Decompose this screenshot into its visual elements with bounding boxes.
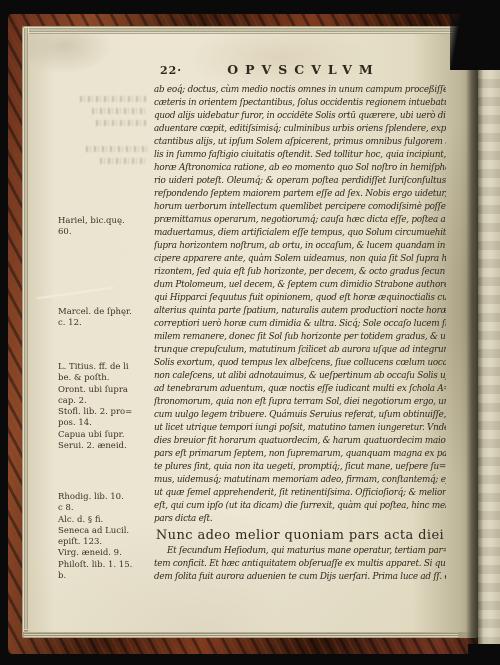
main-paragraph: ab eoq́; doctus, cùm medio noctis omnes … (154, 84, 446, 513)
text-line: maduertamus, diem artificialem eſſe temp… (154, 227, 446, 240)
closing-paragraph: Et ſecundum Heſiodum, qui maturius mane … (154, 545, 446, 584)
margin-note-line: Stofl. lib. 2. pro= (58, 407, 156, 418)
margin-note-line: cap. 2. (58, 396, 156, 407)
text-line: reſpondendo ſeptem maiorem partem eſſe a… (154, 188, 446, 201)
text-line: Solis exortum, quod tempus lex albeſcens… (154, 357, 446, 370)
margin-note-line: L. Titius. ff. de li (58, 362, 156, 373)
bleed-through-text (100, 158, 146, 164)
margin-note-line: Philoſt. lib. 1. 15. (58, 560, 156, 571)
margin-note-line: Rhodig. lib. 10. (58, 492, 156, 503)
text-line: pars eſt primarum ſeptem, non ſupremarum… (154, 448, 446, 461)
text-line: correptiori uerò horæ cum dimidia & ultr… (154, 318, 446, 331)
margin-note-line: Capua ubi ſupr. (58, 430, 156, 441)
margin-note-1: Hariel, bic.quę.60. (58, 216, 156, 239)
text-line: alterius quinta parte ſpatium, naturalis… (154, 305, 446, 318)
text-line: quod alijs uidebatur furor, in occidēte … (154, 110, 446, 123)
margin-note-line: c 8. (58, 503, 156, 514)
text-line: ut quæ ſemel apprehenderit, ſit retinent… (154, 487, 446, 500)
text-line: lis in ſummo faſtigio ciuitatis oſtendit… (154, 149, 446, 162)
text-line: dum Ptolomeum, uel decem, & ſeptem cum d… (154, 279, 446, 292)
margin-note-2: Marcel. de ſphęr.c. 12. (58, 307, 156, 330)
margin-note-line: b. (58, 571, 156, 582)
text-line: ab eoq́; doctus, cùm medio noctis omnes … (154, 84, 446, 97)
margin-note-line: Alc. d. § fi. (58, 515, 156, 526)
text-line: rizontem, ſed quia eſt ſub horizonte, pe… (154, 266, 446, 279)
text-line: Et ſecundum Heſiodum, qui maturius mane … (154, 545, 446, 558)
gutter-shadow (466, 30, 478, 646)
text-line: horum uerborum intellectum quemlibet per… (154, 201, 446, 214)
margin-note-line: Marcel. de ſphęr. (58, 307, 156, 318)
text-line: eſt, qui cum ipſo (ut ita dicam) die ſur… (154, 500, 446, 513)
margin-note-line: Virg. æneid. 9. (58, 548, 156, 559)
margin-note-4: Rhodig. lib. 10.c 8.Alc. d. § fi.Seneca … (58, 492, 156, 582)
text-line: milem remanere, donec ſit Sol ſub horizo… (154, 331, 446, 344)
text-line: dies breuior fit horarum quatuordecim, &… (154, 435, 446, 448)
margin-note-line: be. & poſth. (58, 373, 156, 384)
book-photograph: 22· OPVSCVLVM ab eoq́; doctus, cùm medio… (0, 0, 500, 665)
text-line: ſtronomorum, quia non eſt ſupra terram S… (154, 396, 446, 409)
margin-note-line: c. 12. (58, 318, 156, 329)
text-line: rio uideri poteſt. Oleumq́; & operam poſ… (154, 175, 446, 188)
margin-note-line: 60. (58, 227, 156, 238)
margin-note-line: Oront. ubi ſupra (58, 385, 156, 396)
text-line: mus, uidemusq́; matutinam memoriam adeo,… (154, 474, 446, 487)
text-line: trunque crepuſculum, matutinum ſcilicet … (154, 344, 446, 357)
margin-note-line: Seneca ad Lucil. (58, 526, 156, 537)
bleed-through-text (92, 108, 148, 114)
bleed-through-text (96, 120, 146, 126)
running-title: OPVSCVLVM (154, 62, 446, 77)
bleed-through-text (80, 96, 148, 102)
text-line: non caleſcens, ut alibi adnotauimus, & u… (154, 370, 446, 383)
margin-note-line: epiſt. 123. (58, 537, 156, 548)
text-line: dem ſolita fuit aurora aduenien te cum D… (154, 571, 446, 584)
quoted-verse: Nunc adeo melior quoniam pars acta diei (154, 528, 446, 544)
text-line: cipere apparere ante, quàm Solem uideamu… (154, 253, 446, 266)
paragraph-last-line: pars dicta eſt. (154, 513, 446, 526)
text-line: te plures ſint, quia non ita uegeti, pro… (154, 461, 446, 474)
text-line: ſupra horizontem noſtrum, ab ortu, in oc… (154, 240, 446, 253)
text-line: aduentare cœpit, editiſsimisq́; culminib… (154, 123, 446, 136)
text-line: ut licet utrique tempori iungi poſsit, m… (154, 422, 446, 435)
bleed-through-text (86, 146, 148, 152)
book-page: 22· OPVSCVLVM ab eoq́; doctus, cùm medio… (28, 34, 474, 632)
margin-note-3: L. Titius. ff. de libe. & poſth.Oront. u… (58, 362, 156, 452)
text-line: tem conficit. Et hæc antiquitatem obſeru… (154, 558, 446, 571)
text-line: cum uulgo legem tribuere. Quámuis Seruiu… (154, 409, 446, 422)
corner-shadow-top-right (450, 0, 500, 70)
text-line: præmittamus operarum, negotiorumq́; cauſ… (154, 214, 446, 227)
margin-note-line: pos. 14. (58, 418, 156, 429)
margin-note-line: Serui. 2. æneid. (58, 441, 156, 452)
margin-note-line: Hariel, bic.quę. (58, 216, 156, 227)
text-line: ctantibus alijs, ut ipſum Solem aſpicere… (154, 136, 446, 149)
text-line: ad tenebrarum aduentum, quæ noctis eſſe … (154, 383, 446, 396)
facing-page-edge (478, 70, 500, 648)
page-header: 22· OPVSCVLVM (154, 62, 446, 78)
text-line: cæteris in orientem ſpectantibus, ſolus … (154, 97, 446, 110)
text-line: qui Hipparci ſequutus fuit opinionem, qu… (154, 292, 446, 305)
main-text-column: ab eoq́; doctus, cùm medio noctis omnes … (154, 84, 446, 584)
page-number: 22· (160, 64, 182, 78)
text-line: horæ Aſtronomica ratione, ab eo momento … (154, 162, 446, 175)
corner-shadow-bottom-right (468, 644, 500, 665)
